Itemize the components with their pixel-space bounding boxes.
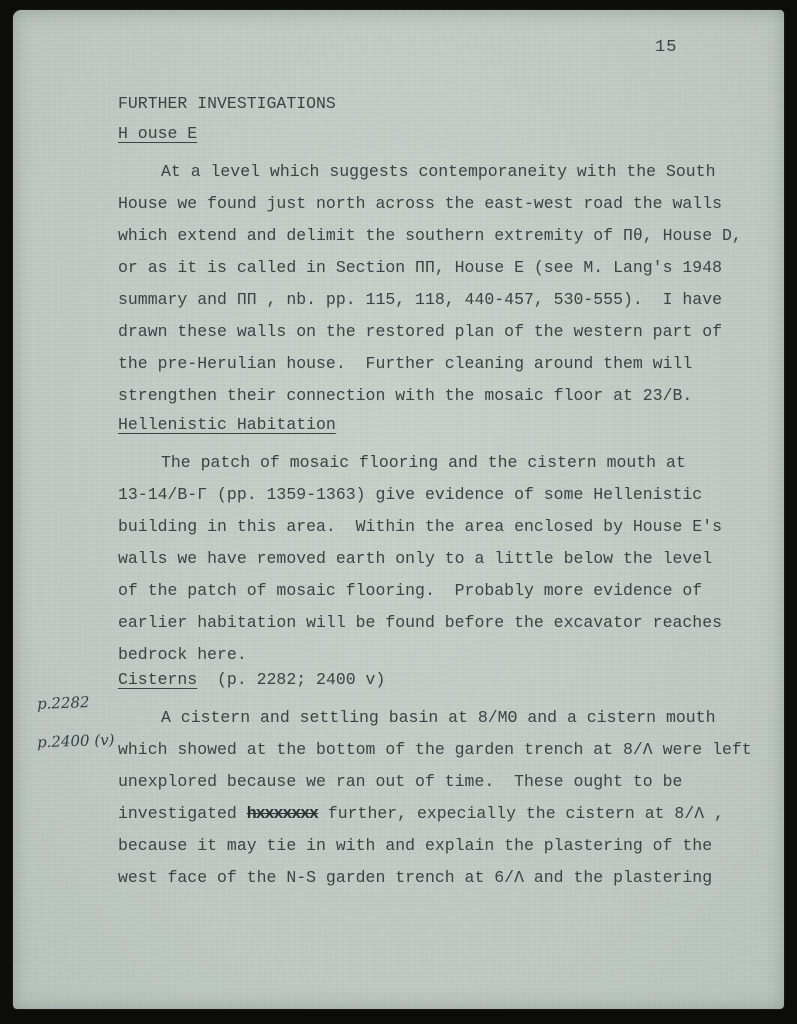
typed-line: or as it is called in Section ΠΠ, House …: [118, 252, 768, 284]
section-heading-cisterns-label: Cisterns: [118, 670, 197, 689]
section-heading-hellenistic-habitation: Hellenistic Habitation: [118, 415, 336, 434]
typed-segment: further, expecially the cistern at 8/Λ ,: [318, 804, 724, 823]
typed-line: 13-14/B-Γ (pp. 1359-1363) give evidence …: [118, 479, 768, 511]
typed-segment: investigated: [118, 804, 247, 823]
typed-line: walls we have removed earth only to a li…: [118, 543, 768, 575]
section-heading-cisterns-refs: (p. 2282; 2400 v): [197, 670, 385, 689]
typed-line: House we found just north across the eas…: [118, 188, 768, 220]
typed-line: summary and ΠΠ , nb. pp. 115, 118, 440-4…: [118, 284, 768, 316]
typed-line: At a level which suggests contemporaneit…: [118, 156, 768, 188]
paragraph-hellenistic-habitation: The patch of mosaic flooring and the cis…: [118, 447, 768, 671]
typed-line: building in this area. Within the area e…: [118, 511, 768, 543]
document-page: 15 FURTHER INVESTIGATIONS H ouse E At a …: [13, 10, 784, 1009]
section-heading-house-e: H ouse E: [118, 124, 197, 143]
typed-line: of the patch of mosaic flooring. Probabl…: [118, 575, 768, 607]
handwritten-margin-note: p.2282: [37, 693, 90, 713]
struck-out-word: hxxxxxxx: [247, 804, 318, 823]
typed-line: strengthen their connection with the mos…: [118, 380, 768, 412]
page-title: FURTHER INVESTIGATIONS: [118, 94, 336, 113]
typed-line: The patch of mosaic flooring and the cis…: [118, 447, 768, 479]
handwritten-margin-note: p.2400 (v): [37, 731, 115, 752]
typed-line: which showed at the bottom of the garden…: [118, 734, 768, 766]
paragraph-cisterns: A cistern and settling basin at 8/MΘ and…: [118, 702, 768, 894]
typed-line: drawn these walls on the restored plan o…: [118, 316, 768, 348]
paragraph-house-e: At a level which suggests contemporaneit…: [118, 156, 768, 412]
typed-line: the pre-Herulian house. Further cleaning…: [118, 348, 768, 380]
typed-line: west face of the N-S garden trench at 6/…: [118, 862, 768, 894]
typed-line-with-strikeout: investigated hxxxxxxx further, expeciall…: [118, 798, 768, 830]
typed-line: which extend and delimit the southern ex…: [118, 220, 768, 252]
typed-line: because it may tie in with and explain t…: [118, 830, 768, 862]
typed-line: earlier habitation will be found before …: [118, 607, 768, 639]
typed-line: bedrock here.: [118, 639, 768, 671]
typed-line: unexplored because we ran out of time. T…: [118, 766, 768, 798]
section-heading-cisterns: Cisterns (p. 2282; 2400 v): [118, 670, 385, 689]
typed-line: A cistern and settling basin at 8/MΘ and…: [118, 702, 768, 734]
scan-background: 15 FURTHER INVESTIGATIONS H ouse E At a …: [0, 0, 797, 1024]
page-number: 15: [655, 38, 677, 57]
